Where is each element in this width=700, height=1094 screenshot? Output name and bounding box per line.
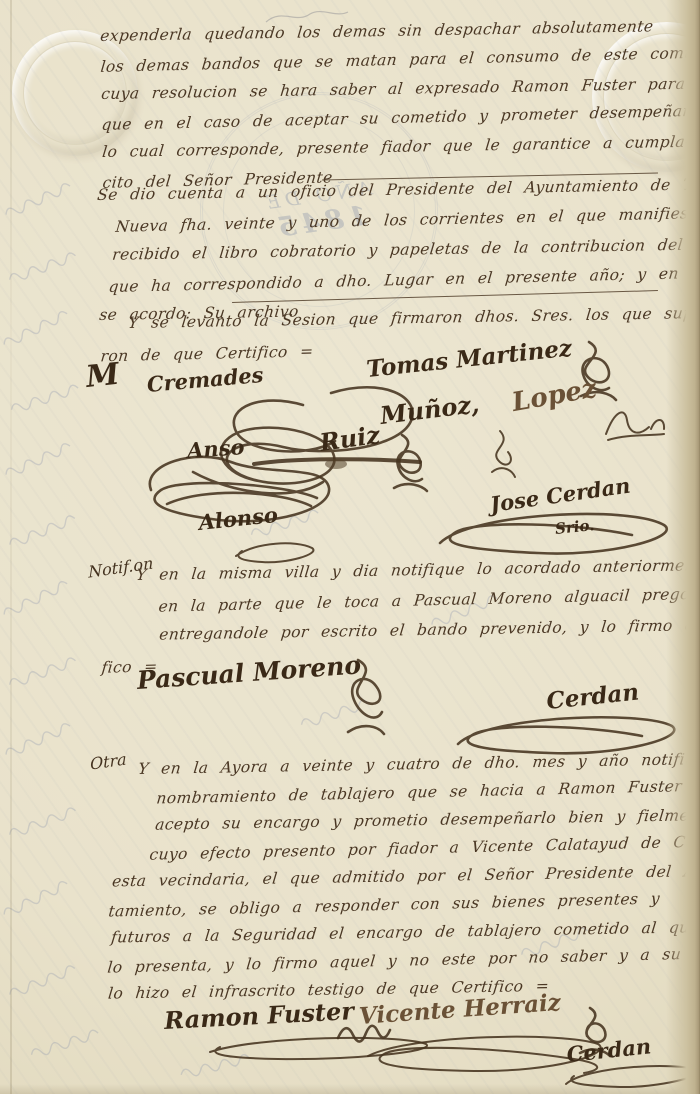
signature-flourish-icon [226,538,321,568]
signature-initial-m: M [84,357,121,395]
ink-smear-icon [248,455,428,471]
signature-lopez: Lopez [510,374,599,418]
rubric-icon [598,398,670,444]
paragraph-resolution: expenderla quedando los demas sin despac… [100,11,700,196]
margin-note-otra: Otra [90,749,127,773]
manuscript-page: AÑO DE 1845 expenderla quedando los dema… [0,0,700,1094]
signature-flourish-icon [426,503,678,565]
rubric-icon [478,426,520,481]
signature-flourish-icon [446,706,684,764]
page-edge [666,0,700,1094]
paper-fold-line [10,0,12,1094]
paragraph-otra-notificacion: Y en la Ayora a veinte y cuatro de dho. … [138,744,700,1007]
signature-anso: Anso [186,434,245,463]
